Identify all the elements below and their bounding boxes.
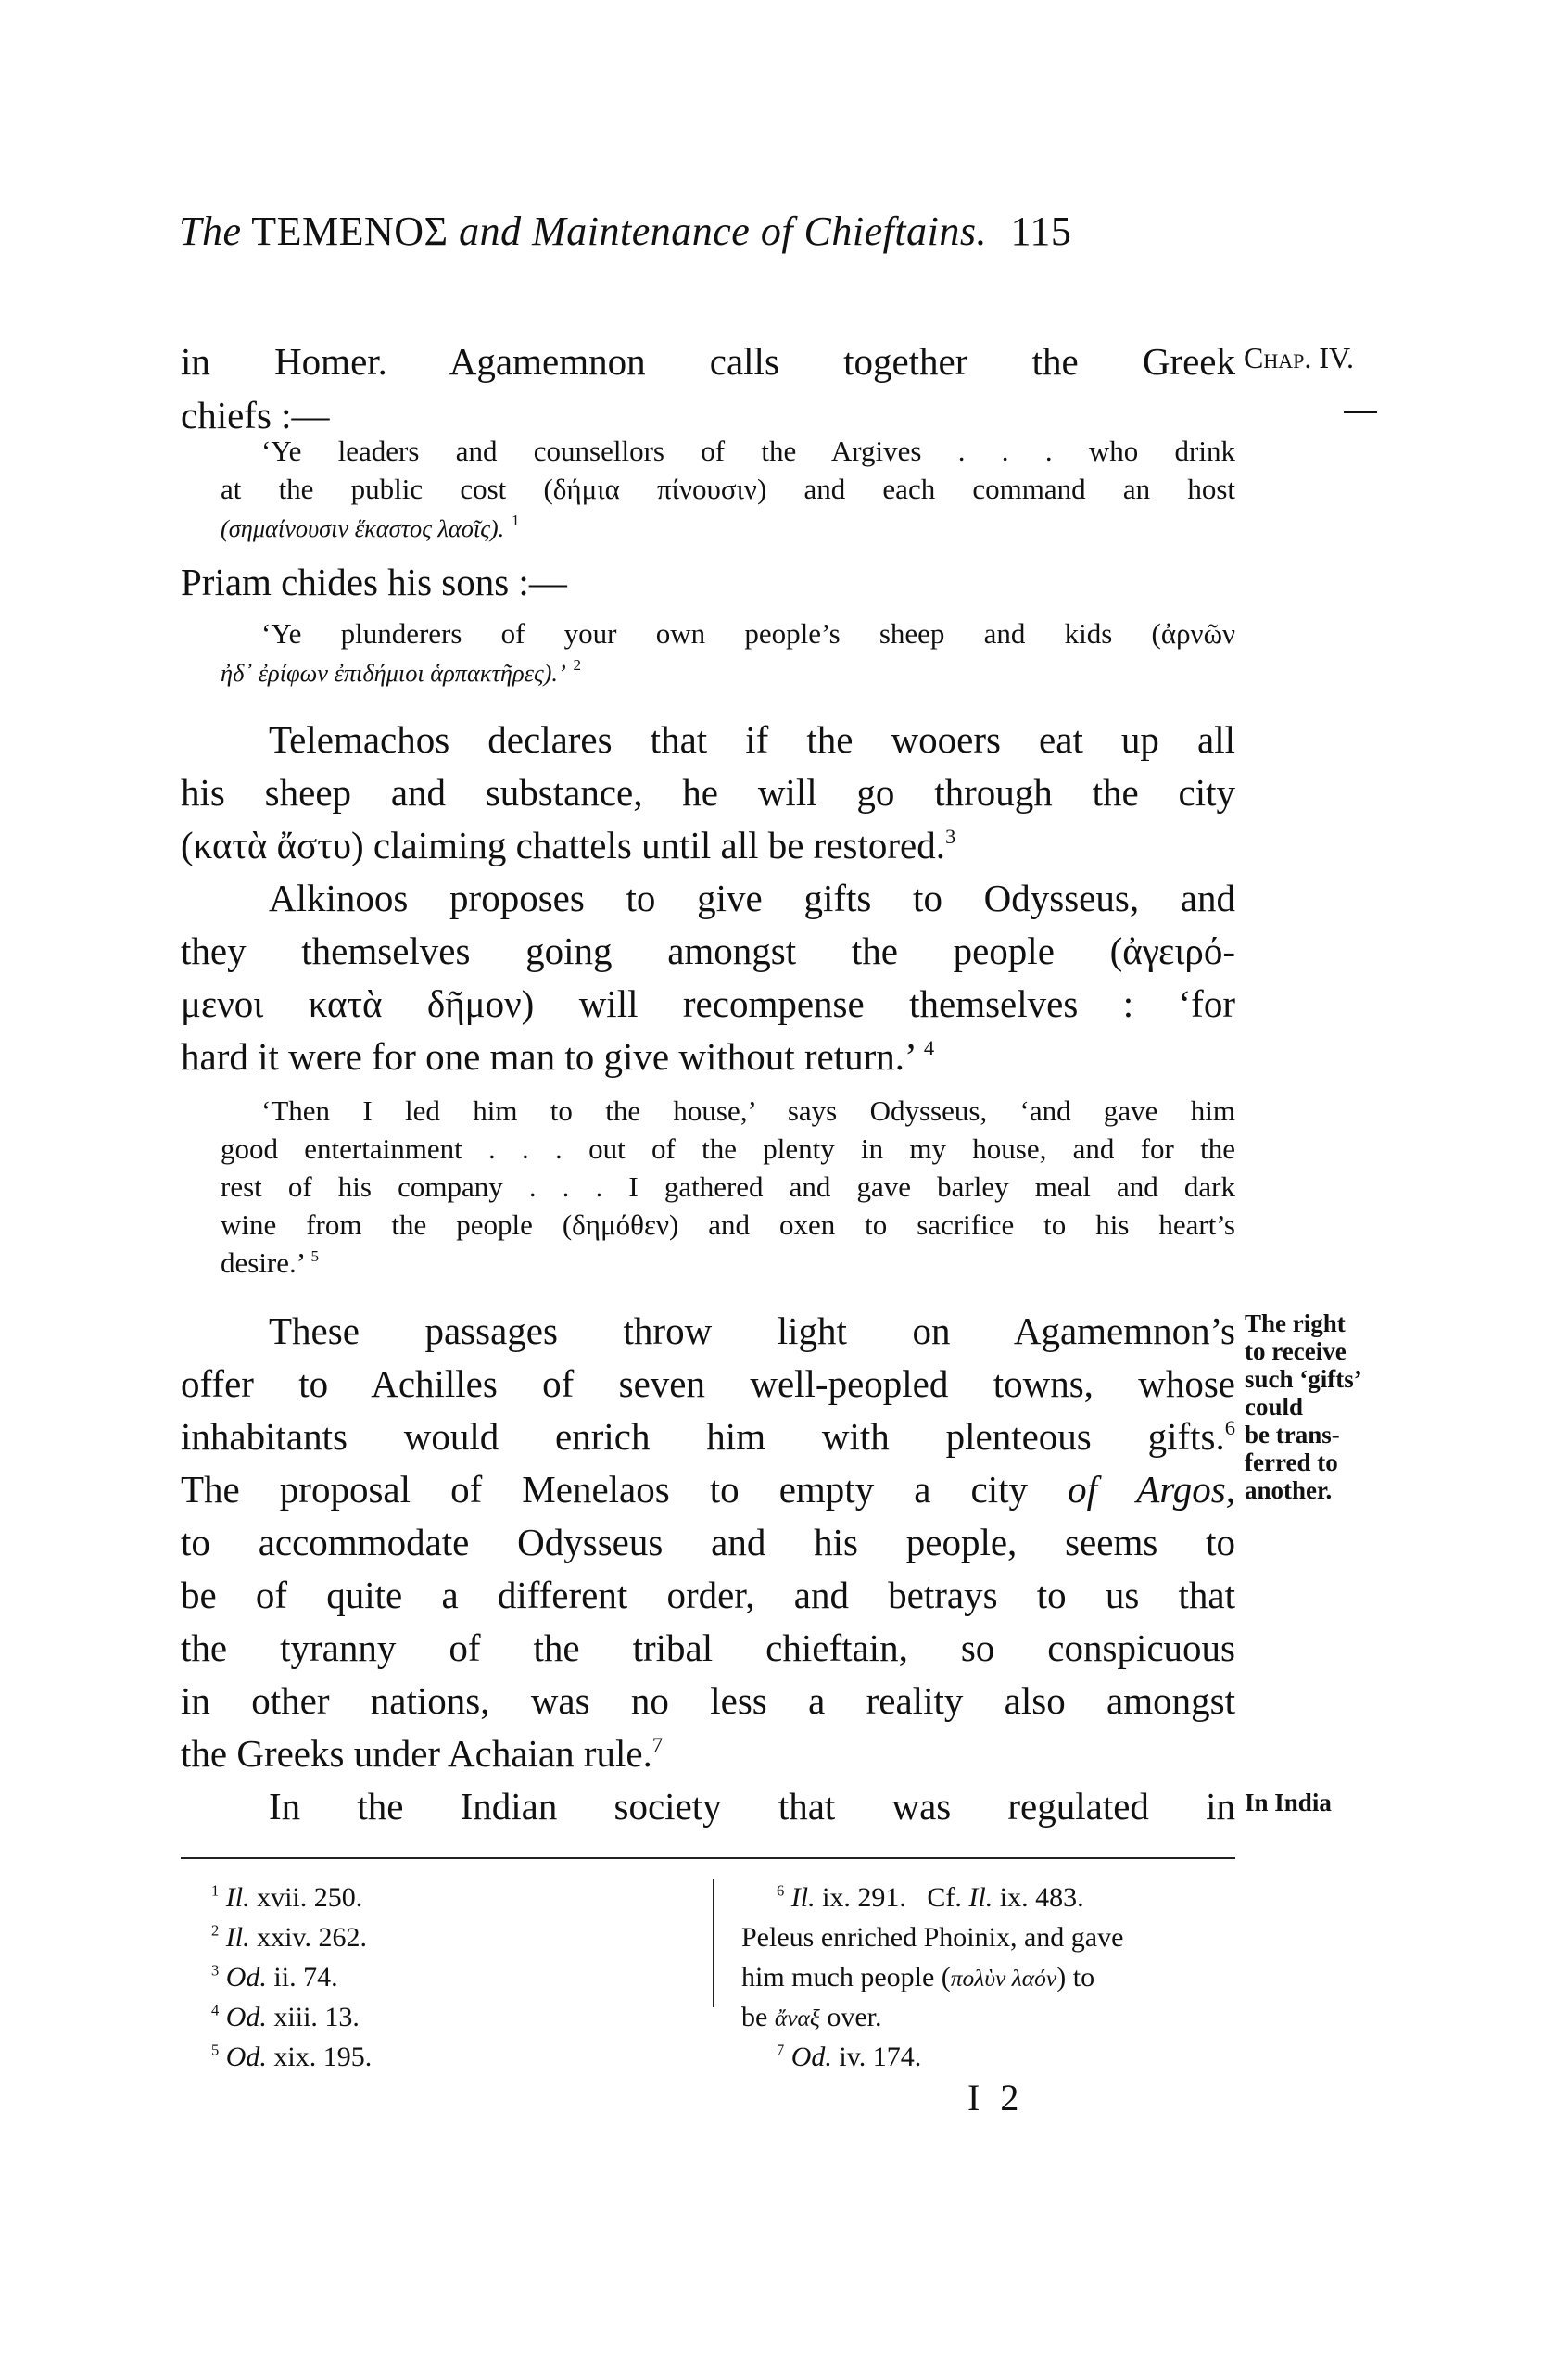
body-line: offer to Achilles of seven well-peopled … (181, 1358, 1235, 1410)
quote-text: desire.’ (221, 1246, 304, 1279)
footnote-ref: 1 (512, 512, 520, 529)
body-line: the tyranny of the tribal chieftain, so … (181, 1622, 1235, 1674)
margin-note-india: In India (1245, 1789, 1393, 1816)
footnote-work: Od. (226, 2002, 267, 2032)
footnote-ref: 6 (1225, 1416, 1235, 1439)
footnote: 1 Il. xvii. 250. (211, 1878, 362, 1917)
footnote-ref: 2 (574, 656, 582, 674)
footnote-ref-text: ix. 483. (1000, 1882, 1084, 1913)
footnote-ref-text: xix. 195. (273, 2042, 372, 2072)
footnote-ref-text: xvii. 250. (257, 1882, 362, 1913)
body-text: inhabitants would enrich him with plente… (181, 1415, 1225, 1458)
footnote-text: him much people ( (741, 1962, 951, 1992)
body-text: The proposal of Menelaos to empty a city (181, 1468, 1028, 1511)
body-line: inhabitants would enrich him with plente… (181, 1410, 1235, 1462)
footnote-ref-text: xxiv. 262. (257, 1922, 367, 1953)
page-number: 115 (1010, 209, 1071, 254)
body-line: the Greeks under Achaian rule.7 (181, 1727, 1235, 1779)
margin-note-line: could (1245, 1393, 1393, 1421)
margin-note-line: ferred to (1245, 1448, 1393, 1476)
quote-line: ‘Ye plunderers of your own people’s shee… (261, 614, 1235, 652)
quote-line: ἠδ᾽ ἐρίφων ἐπιδήμιοι ἁρπακτῆρες).’ 2 (221, 652, 1235, 692)
quote-line: good entertainment . . . out of the plen… (221, 1130, 1235, 1168)
header-title-part: The (179, 209, 242, 254)
running-header: The TEMENOΣ and Maintenance of Chieftain… (179, 208, 1291, 255)
body-line: his sheep and substance, he will go thro… (181, 766, 1235, 818)
footnote-number: 2 (211, 1921, 219, 1939)
margin-note-line: be trans- (1245, 1421, 1393, 1448)
footnote-number: 5 (211, 2041, 219, 2058)
footnote-text: ) to (1056, 1962, 1094, 1992)
margin-note-line: such ‘gifts’ (1245, 1365, 1393, 1393)
margin-note: The right to receive such ‘gifts’ could … (1245, 1309, 1393, 1504)
footnote: 5 Od. xix. 195. (211, 2037, 372, 2077)
chapter-marker: Chap. IV. (1244, 341, 1354, 375)
header-title-caps: TEMENOΣ (251, 209, 448, 254)
quote-line: (σημαίνουσιν ἕκαστος λαοῖς). 1 (221, 508, 1235, 548)
footnote-ref-text: iv. 174. (839, 2042, 921, 2072)
quote-line: wine from the people (δημόθεν) and oxen … (221, 1206, 1235, 1244)
italic-text: of Argos, (1068, 1468, 1235, 1511)
footnote-rule (181, 1857, 1235, 1859)
signature-mark: I 2 (967, 2076, 1024, 2119)
greek-text: (σημαίνουσιν ἕκαστος λαοῖς). (221, 515, 504, 542)
footnote-line: Peleus enriched Phoinix, and gave (741, 1917, 1123, 1957)
footnote: 7 Od. iv. 174. (777, 2037, 921, 2077)
margin-note-line: to receive (1245, 1337, 1393, 1365)
footnote-work: Il. (226, 1882, 250, 1913)
footnote: 4 Od. xiii. 13. (211, 1997, 360, 2037)
quote-line: desire.’ 5 (221, 1244, 1235, 1282)
body-line: The proposal of Menelaos to empty a city… (181, 1463, 1235, 1515)
header-title-part: and Maintenance of Chieftains. (459, 209, 987, 254)
footnote: 3 Od. ii. 74. (211, 1957, 338, 1997)
body-line: hard it were for one man to give without… (181, 1031, 1235, 1082)
footnote-line: him much people (πολὺν λαόν) to (741, 1957, 1094, 1998)
footnote-text: over. (827, 2002, 881, 2032)
footnote-work: Od. (226, 2042, 267, 2072)
quote-line: rest of his company . . . I gathered and… (221, 1168, 1235, 1206)
margin-note-line: another. (1245, 1476, 1393, 1504)
footnote: 2 Il. xxiv. 262. (211, 1917, 367, 1957)
footnote-work: Il. (791, 1882, 816, 1913)
greek-text: πολὺν λαόν (951, 1965, 1056, 1992)
greek-text: ἠδ᾽ ἐρίφων ἐπιδήμιοι ἁρπακτῆρες).’ (221, 660, 566, 687)
quote-line: at the public cost (δήμια πίνουσιν) and … (221, 470, 1235, 508)
footnote-number: 1 (211, 1881, 219, 1899)
footnote-number: 3 (211, 1961, 219, 1979)
footnote-ref-text: xiii. 13. (273, 2002, 360, 2032)
footnote-number: 6 (777, 1881, 784, 1899)
body-line: Telemachos declares that if the wooers e… (269, 714, 1235, 765)
footnote-column-divider (713, 1879, 714, 2007)
footnote-work: Od. (791, 2042, 832, 2072)
quote-line: ‘Ye leaders and counsellors of the Argiv… (261, 432, 1235, 470)
body-line: they themselves going amongst the people… (181, 925, 1235, 977)
footnote-work: Il. (968, 1882, 993, 1913)
body-line: to accommodate Odysseus and his people, … (181, 1516, 1235, 1568)
footnote-ref: 3 (945, 825, 955, 848)
greek-text: ἄναξ (775, 2005, 820, 2031)
body-line: in other nations, was no less a reality … (181, 1675, 1235, 1727)
quote-line: ‘Then I led him to the house,’ says Odys… (261, 1092, 1235, 1130)
body-line: Alkinoos proposes to give gifts to Odyss… (269, 872, 1235, 924)
footnote: 6 Il. ix. 291. Cf. Il. ix. 483. (777, 1878, 1084, 1917)
chapter-rule (1344, 411, 1377, 413)
footnote-text: be (741, 2002, 767, 2032)
body-text: the Greeks under Achaian rule. (181, 1732, 652, 1775)
body-line: Priam chides his sons :— (181, 556, 1235, 608)
footnote-line: be ἄναξ over. (741, 1997, 882, 2038)
body-line: In the Indian society that was regulated… (269, 1780, 1235, 1832)
body-line: These passages throw light on Agamemnon’… (269, 1305, 1235, 1357)
footnote-ref: 4 (924, 1036, 934, 1059)
footnote-ref: 5 (311, 1247, 320, 1265)
body-line: be of quite a different order, and betra… (181, 1569, 1235, 1621)
footnote-number: 7 (777, 2041, 784, 2058)
footnote-ref-text: ii. 74. (273, 1962, 337, 1992)
footnote-ref-text: ix. 291. Cf. (822, 1882, 962, 1913)
footnote-ref: 7 (652, 1733, 663, 1756)
margin-note-line: The right (1245, 1309, 1393, 1337)
footnote-work: Od. (226, 1962, 267, 1992)
body-text: hard it were for one man to give without… (181, 1035, 915, 1078)
footnote-number: 4 (211, 2001, 219, 2018)
footnote-work: Il. (226, 1922, 250, 1953)
body-text: (κατὰ ἄστυ) claiming chattels until all … (181, 824, 945, 866)
body-line: in Homer. Agamemnon calls together the G… (181, 335, 1235, 387)
body-line: μενοι κατὰ δῆμον) will recompense themse… (181, 978, 1235, 1030)
body-line: (κατὰ ἄστυ) claiming chattels until all … (181, 819, 1235, 871)
